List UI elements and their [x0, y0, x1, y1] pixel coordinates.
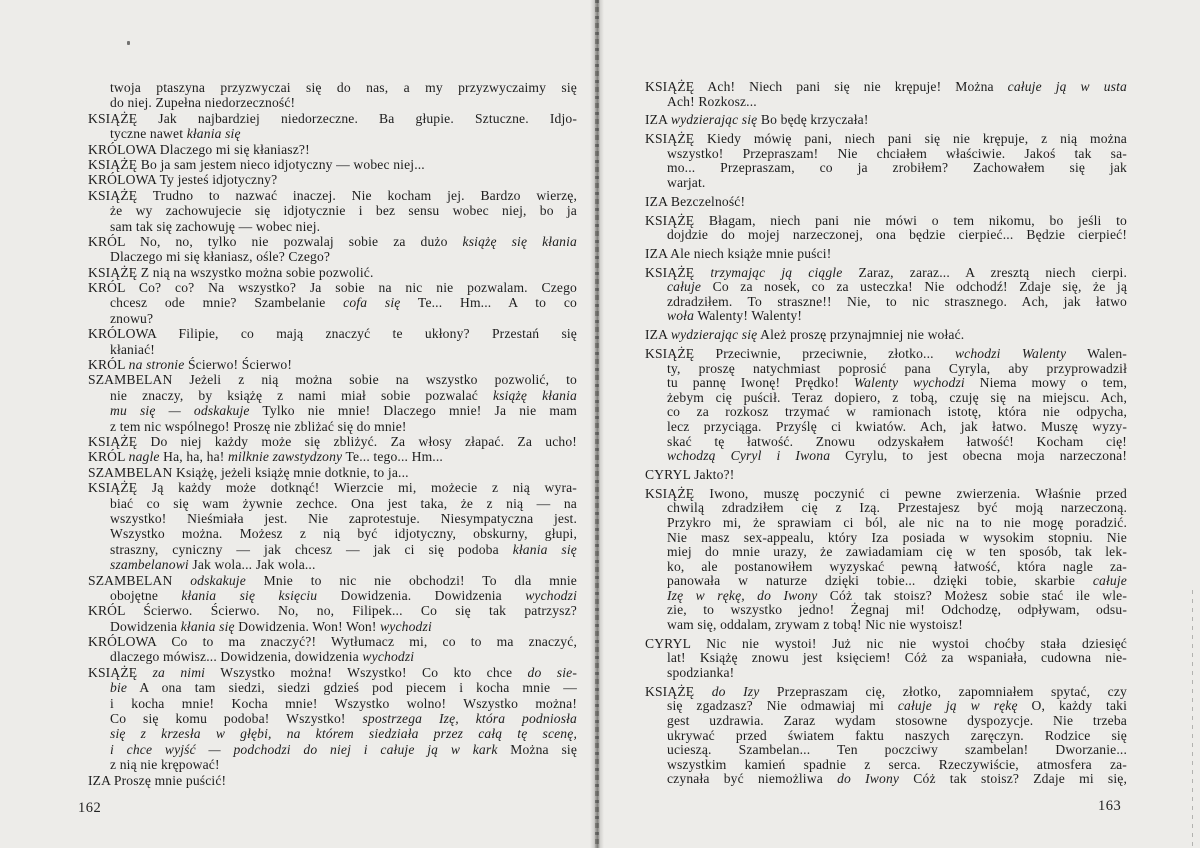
text-line: KSIĄŻĘ Ach! Niech pani się nie krępuje! …	[645, 80, 1127, 95]
text-line: mu się — odskakuje Tylko nie mnie! Dlacz…	[88, 403, 577, 418]
text-line: KSIĄŻĘ Jak najbardziej niedorzeczne. Ba …	[88, 111, 577, 126]
text-line: i kocha mnie! Kocha mnie! Wszystko wolno…	[88, 696, 577, 711]
text-line: żebym cię puścił. Teraz dopiero, z tobą,…	[645, 391, 1127, 406]
text-line: KSIĄŻĘ Trudno to nazwać inaczej. Nie koc…	[88, 188, 577, 203]
text-line: wchodzą Cyryl i Iwona Cyrylu, to jest ob…	[645, 449, 1127, 464]
text-line: ucieszą. Szambelan... Ten poczciwy szamb…	[645, 743, 1127, 758]
text-line: chwilą zdradziłem cię z Izą. Przestajesz…	[645, 501, 1127, 516]
text-line: z tem nic wspólnego! Proszę nie zbliżać …	[88, 419, 577, 434]
text-line: Ach! Rozkosz...	[645, 95, 1127, 110]
text-line: z nią nie krępować!	[88, 757, 577, 772]
text-line: Co się komu podoba! Wszystko! spostrzega…	[88, 711, 577, 726]
text-line: CYRYL Nic nie wystoi! Już nic nie wystoi…	[645, 637, 1127, 652]
text-line: obojętne kłania się księciu Dowidzenia. …	[88, 588, 577, 603]
paper-speck	[127, 41, 130, 45]
page-number-left: 162	[78, 800, 101, 817]
text-line: ko, ale postanowiłem wyzyskać pewną łatw…	[645, 560, 1127, 575]
text-line: wam się, oddalam, zrywam z tobą! Nic nie…	[645, 618, 1127, 633]
text-line: bie A ona tam siedzi, siedzi gdzieś pod …	[88, 680, 577, 695]
text-line: KRÓLOWA Co to ma znaczyć?! Wytłumacz mi,…	[88, 634, 577, 649]
text-line: KSIĄŻĘ Z nią na wszystko można sobie poz…	[88, 265, 577, 280]
text-line: KSIĄŻĘ Ją każdy może dotknąć! Wierzcie m…	[88, 480, 577, 495]
text-line: straszny, cyniczny — jak chcesz — jak ci…	[88, 542, 577, 557]
text-line: KSIĄŻĘ Przeciwnie, przeciwnie, złotko...…	[645, 347, 1127, 362]
text-line: KSIĄŻĘ trzymając ją ciągle Zaraz, zaraz.…	[645, 266, 1127, 281]
text-line: całuje Co za nosek, co za usteczka! Nie …	[645, 280, 1127, 295]
text-line: ukrywać przed światem faktu naszych zarę…	[645, 729, 1127, 744]
text-line: wszystkim kamień spadnie z serca. Rzeczy…	[645, 758, 1127, 773]
text-line: szambelanowi Jak wola... Jak wola...	[88, 557, 577, 572]
text-line: KSIĄŻĘ za nimi Wszystko można! Wszystko!…	[88, 665, 577, 680]
text-line: się zgadzasz? Nie odmawiaj mi całuje ją …	[645, 699, 1127, 714]
book-page-left: twoja ptaszyna przyzwyczai się do nas, a…	[88, 80, 577, 788]
text-line: IZA Ale niech książe mnie puści!	[645, 247, 1127, 262]
text-line: KRÓL No, no, tylko nie pozwalaj sobie za…	[88, 234, 577, 249]
text-line: KRÓL nagle Ha, ha, ha! milknie zawstydzo…	[88, 449, 577, 464]
text-line: IZA wydzierając się Bo będę krzyczała!	[645, 113, 1127, 128]
text-line: spodzianka!	[645, 666, 1127, 681]
text-line: wszystko! Nieśmiała jest. Nie zaprotestu…	[88, 511, 577, 526]
text-line: Nie masz sex-appealu, który Iza posiada …	[645, 531, 1127, 546]
text-line: Izę w rękę, do Iwony Cóż tak stoisz? Moż…	[645, 589, 1127, 604]
text-line: SZAMBELAN Jeżeli z nią można sobie na ws…	[88, 372, 577, 387]
text-line: czynała być niemożliwa do Iwony Cóż tak …	[645, 772, 1127, 787]
text-line: KRÓLOWA Ty jesteś idjotyczny?	[88, 172, 577, 187]
text-line: zdradziłem. To straszne!! Nie, to nic st…	[645, 295, 1127, 310]
text-line: KSIĄŻĘ Błagam, niech pani nie mówi o tem…	[645, 214, 1127, 229]
text-line: gest uzdrawia. Zaraz wydam stosowne dysp…	[645, 714, 1127, 729]
text-line: KRÓL na stronie Ścierwo! Ścierwo!	[88, 357, 577, 372]
text-line: do niej. Zupełna niedorzeczność!	[88, 95, 577, 110]
text-line: panowała w naturze dzięki tobie... dzięk…	[645, 574, 1127, 589]
text-line: skać tę łatwość. Znowu odzyskałem łatwoś…	[645, 435, 1127, 450]
text-line: IZA Proszę mnie puścić!	[88, 773, 577, 788]
text-line: kłaniać!	[88, 342, 577, 357]
text-line: KSIĄŻĘ do Izy Przepraszam cię, złotko, z…	[645, 685, 1127, 700]
text-line: warjat.	[645, 176, 1127, 191]
text-line: Dlaczego mi się kłaniasz, ośle? Czego?	[88, 249, 577, 264]
page-edge-line	[1192, 590, 1193, 848]
text-line: i chce wyjść — podchodzi do niej i całuj…	[88, 742, 577, 757]
text-line: KRÓL Ścierwo. Ścierwo. No, no, Filipek..…	[88, 603, 577, 618]
text-line: SZAMBELAN Książę, jeżeli książę mnie dot…	[88, 465, 577, 480]
text-line: lecz przyciąga. Przyślę ci kwiatów. Ach,…	[645, 420, 1127, 435]
text-line: Wszystko można. Możesz z nią być idjotyc…	[88, 526, 577, 541]
text-line: KSIĄŻĘ Kiedy mówię pani, niech pani się …	[645, 132, 1127, 147]
text-line: IZA Bezczelność!	[645, 195, 1127, 210]
text-line: KSIĄŻĘ Do niej każdy może się zbliżyć. Z…	[88, 434, 577, 449]
text-line: co za rozkosz trzymać w ramionach istotę…	[645, 405, 1127, 420]
text-line: tyczne nawet kłania się	[88, 126, 577, 141]
text-line: twoja ptaszyna przyzwyczai się do nas, a…	[88, 80, 577, 95]
text-line: IZA wydzierając się Ależ proszę przynajm…	[645, 328, 1127, 343]
text-line: KSIĄŻĘ Bo ja sam jestem nieco idjotyczny…	[88, 157, 577, 172]
text-line: lat! Książę znowu jest księciem! Cóż za …	[645, 651, 1127, 666]
text-line: znowu?	[88, 311, 577, 326]
text-line: że wy zachowujecie się idjotycznie i bez…	[88, 203, 577, 218]
text-line: mo... Przepraszam, co ja zrobiłem? Zacho…	[645, 161, 1127, 176]
text-line: chcesz ode mnie? Szambelanie cofa się Te…	[88, 295, 577, 310]
text-line: SZAMBELAN odskakuje Mnie to nic nie obch…	[88, 573, 577, 588]
text-line: miej do mnie urazy, że zawiadamiam cię w…	[645, 545, 1127, 560]
text-line: KRÓLOWA Filipie, co mają znaczyć te ukło…	[88, 326, 577, 341]
text-line: się z krzesła w głębi, na którem siedzia…	[88, 726, 577, 741]
text-line: tu pannę Iwonę! Prędko! Walenty wychodzi…	[645, 376, 1127, 391]
text-line: Przykro mi, że sprawiam ci ból, ale nic …	[645, 516, 1127, 531]
text-line: zie, to wszystko jedno! Żegnaj mi! Odcho…	[645, 603, 1127, 618]
text-line: woła Walenty! Walenty!	[645, 309, 1127, 324]
page-number-right: 163	[1098, 798, 1121, 815]
text-line: KSIĄŻĘ Iwono, muszę poczynić ci pewne zw…	[645, 487, 1127, 502]
text-line: dlaczego mówisz... Dowidzenia, dowidzeni…	[88, 649, 577, 664]
text-line: ty, proszę natychmiast poprosić pana Cyr…	[645, 362, 1127, 377]
book-spread: twoja ptaszyna przyzwyczai się do nas, a…	[0, 0, 1200, 848]
text-line: KRÓL Co? co? Na wszystko? Ja sobie na ni…	[88, 280, 577, 295]
book-page-right: KSIĄŻĘ Ach! Niech pani się nie krępuje! …	[645, 80, 1127, 787]
text-line: wszystko! Przepraszam! Nie chciałem właś…	[645, 147, 1127, 162]
text-line: biać co się wam żywnie zechce. Ona jest …	[88, 496, 577, 511]
text-line: nie znaczy, by książę z nami miał sobie …	[88, 388, 577, 403]
book-gutter-texture	[595, 0, 599, 848]
text-line: dojdzie do mojej narzeczonej, ona będzie…	[645, 228, 1127, 243]
text-line: sam tak się zachowuję — wobec niej.	[88, 219, 577, 234]
text-line: CYRYL Jakto?!	[645, 468, 1127, 483]
text-line: Dowidzenia kłania się Dowidzenia. Won! W…	[88, 619, 577, 634]
text-line: KRÓLOWA Dlaczego mi się kłaniasz?!	[88, 142, 577, 157]
